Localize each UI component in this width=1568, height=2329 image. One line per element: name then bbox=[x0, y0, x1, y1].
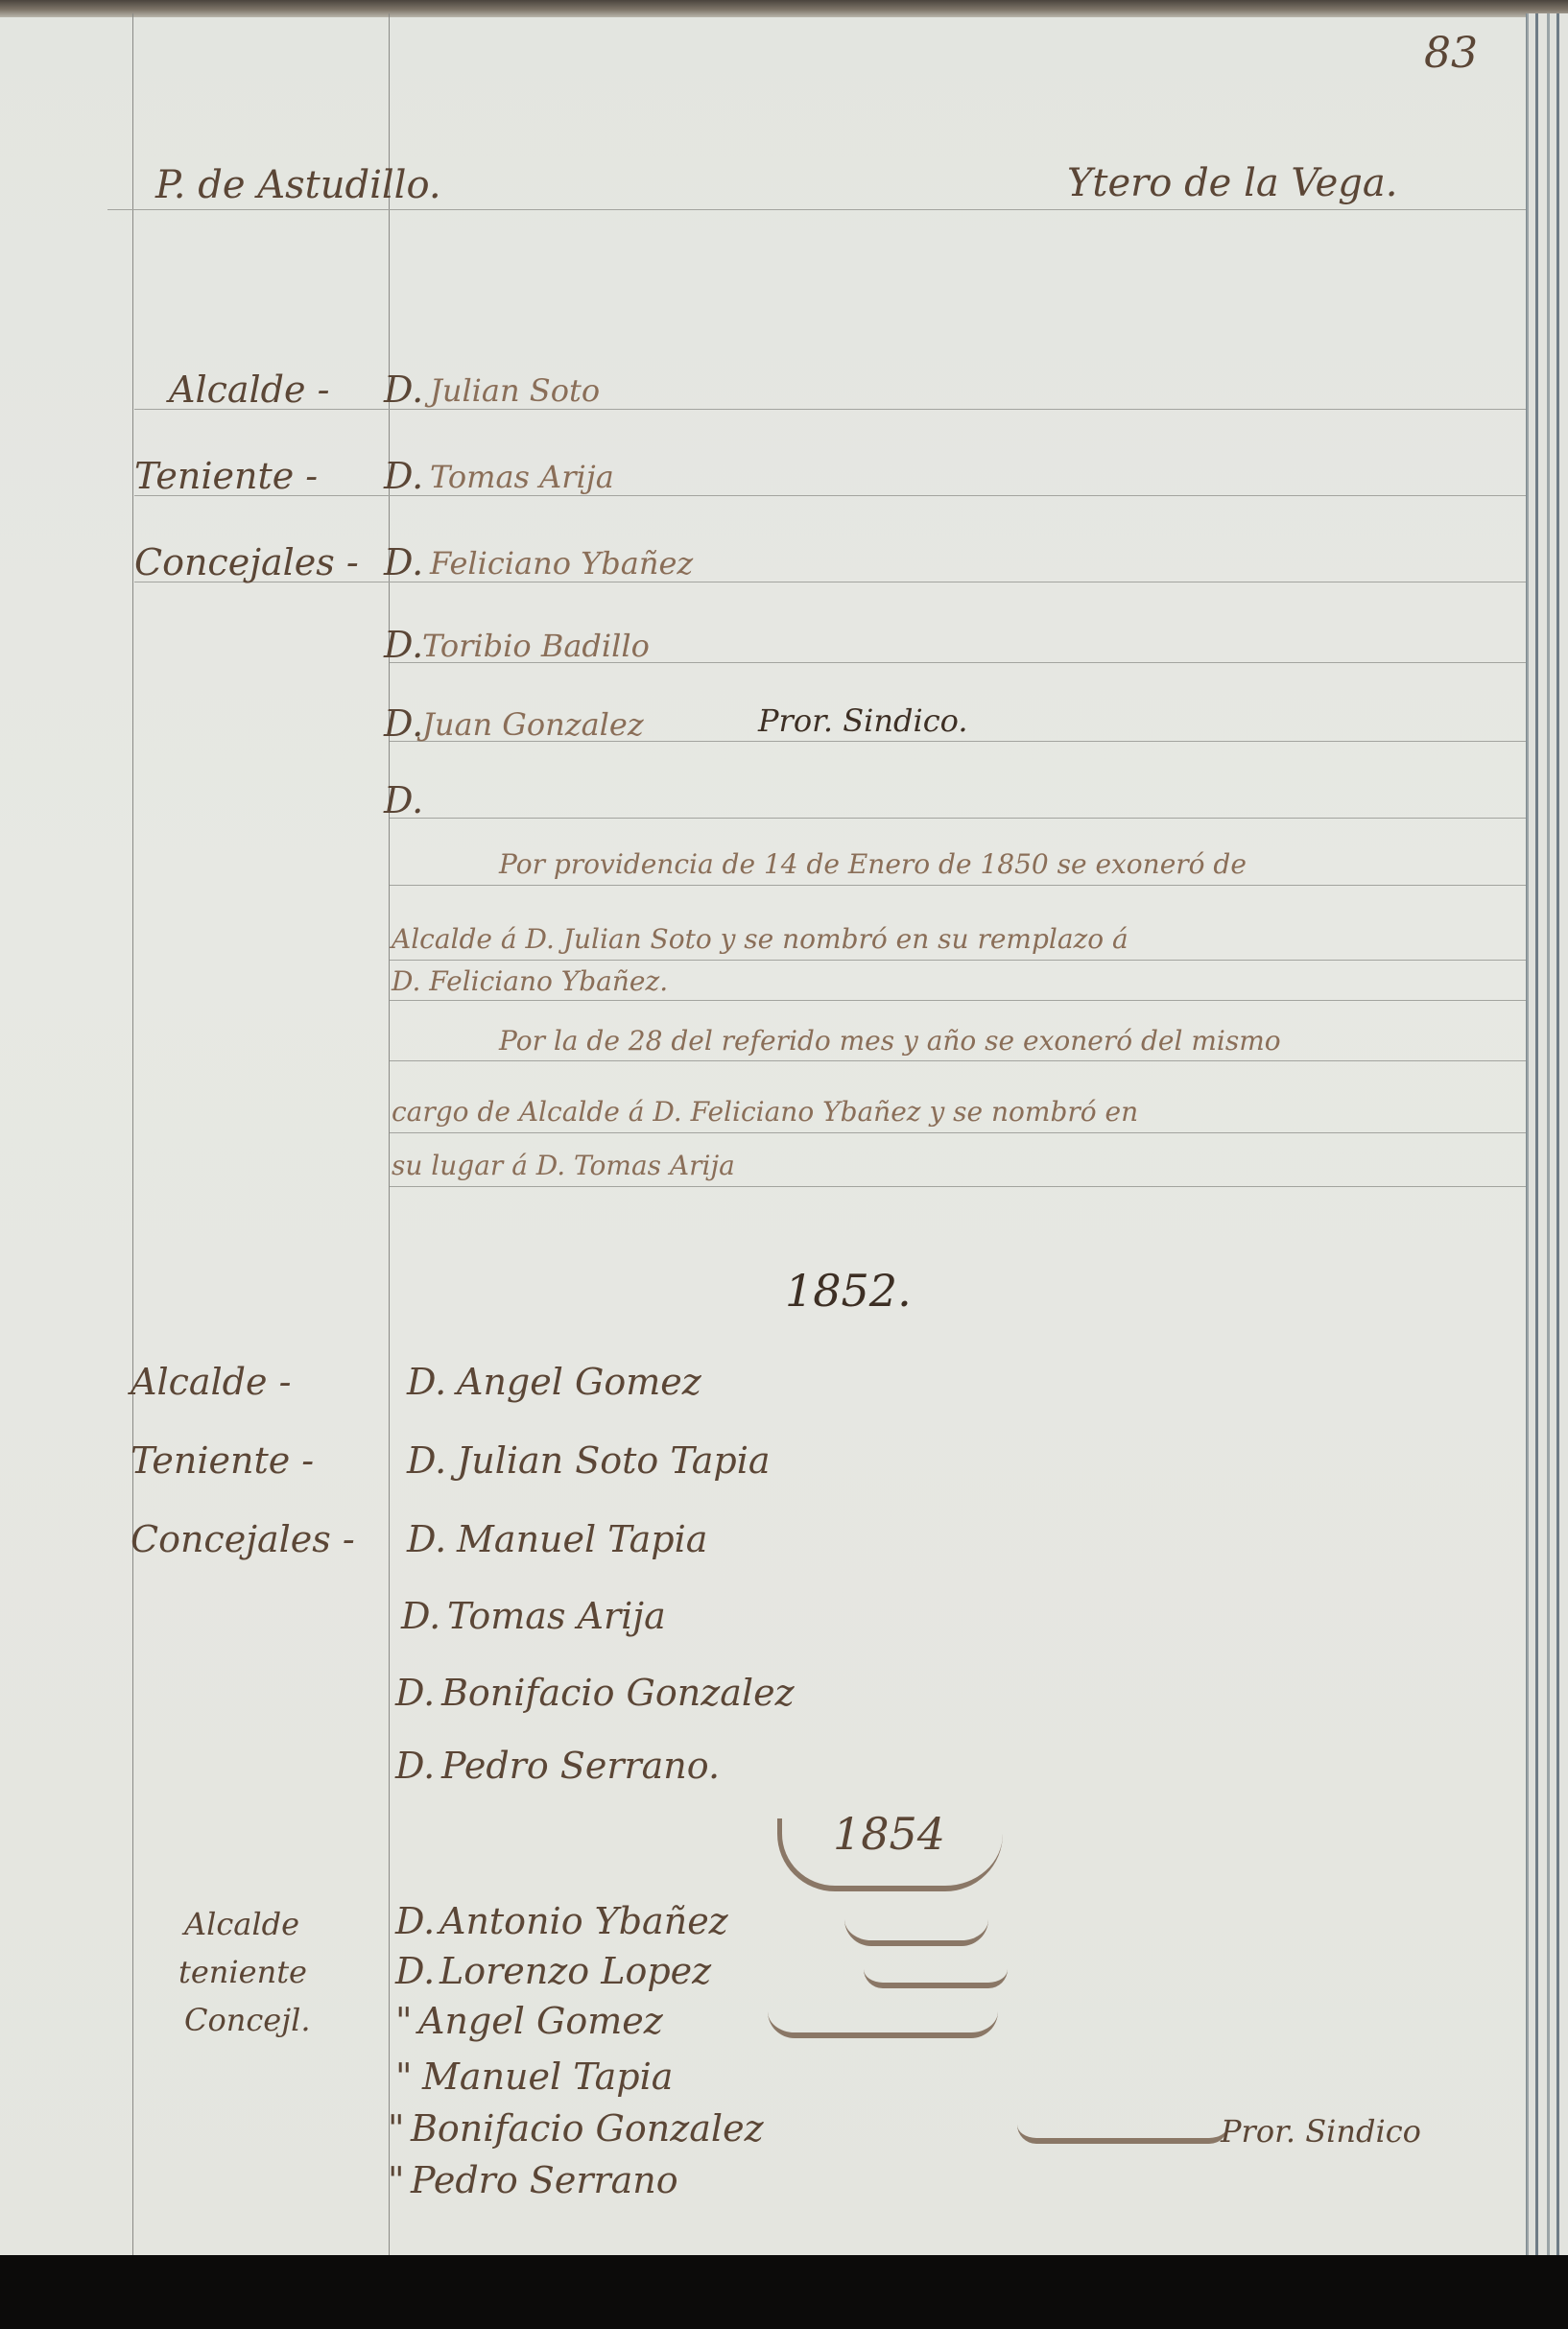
ruled-line bbox=[390, 1060, 1526, 1061]
name-prefix: D. bbox=[395, 1900, 435, 1942]
name-prefix: " bbox=[395, 2000, 412, 2042]
name-prefix: " bbox=[388, 2107, 404, 2150]
name-prefix: D. bbox=[384, 368, 423, 411]
name-prefix: D. bbox=[384, 624, 423, 666]
left-margin-rule bbox=[132, 13, 133, 2259]
name-prefix: D. bbox=[407, 1518, 446, 1560]
person-name: Julian Soto Tapia bbox=[457, 1439, 771, 1482]
role-label: Teniente - bbox=[134, 455, 318, 497]
role-label: Concejl. bbox=[184, 2002, 311, 2038]
name-flourish bbox=[1017, 2125, 1228, 2144]
ruled-line bbox=[390, 1186, 1526, 1187]
person-name: Tomas Arija bbox=[430, 459, 614, 495]
person-name: Julian Soto bbox=[430, 372, 600, 409]
name-prefix: D. bbox=[395, 1672, 435, 1714]
name-prefix: D. bbox=[395, 1745, 435, 1787]
name-prefix: " bbox=[388, 2159, 404, 2201]
note-paragraph-line: cargo de Alcalde á D. Feliciano Ybañez y… bbox=[392, 1096, 1138, 1128]
person-name: Juan Gonzalez bbox=[422, 706, 644, 743]
note-paragraph-line: Por la de 28 del referido mes y año se e… bbox=[499, 1025, 1281, 1057]
header-rule bbox=[107, 209, 1526, 210]
person-name: Bonifacio Gonzalez bbox=[411, 2107, 764, 2150]
name-prefix: D. bbox=[384, 779, 423, 821]
role-label: Concejales - bbox=[131, 1518, 355, 1560]
sindico-note: Pror. Sindico. bbox=[758, 702, 968, 739]
note-paragraph-line: su lugar á D. Tomas Arija bbox=[392, 1150, 735, 1181]
ruled-line bbox=[390, 1132, 1526, 1133]
role-label: Alcalde - bbox=[131, 1361, 291, 1403]
name-flourish bbox=[768, 2011, 998, 2038]
person-name: Feliciano Ybañez bbox=[430, 545, 693, 582]
ruled-line bbox=[134, 409, 1526, 410]
person-name: Lorenzo Lopez bbox=[440, 1950, 711, 1992]
person-name: Bonifacio Gonzalez bbox=[441, 1672, 795, 1714]
bound-pages-edge bbox=[1526, 13, 1568, 2259]
name-flourish bbox=[864, 1969, 1008, 1988]
name-prefix: " bbox=[395, 2056, 412, 2098]
ruled-line bbox=[134, 495, 1526, 496]
note-paragraph-line: Por providencia de 14 de Enero de 1850 s… bbox=[499, 848, 1247, 880]
role-label: Alcalde bbox=[184, 1906, 299, 1942]
note-paragraph-line: D. Feliciano Ybañez. bbox=[392, 965, 668, 997]
sindico-note: Pror. Sindico bbox=[1221, 2113, 1421, 2150]
person-name: Angel Gomez bbox=[457, 1361, 701, 1403]
year-heading: 1854 bbox=[833, 1808, 945, 1860]
role-label: Alcalde - bbox=[169, 368, 329, 411]
person-name: Pedro Serrano. bbox=[441, 1745, 720, 1787]
page-bottom-shadow bbox=[0, 2255, 1568, 2329]
name-prefix: D. bbox=[407, 1439, 446, 1482]
ruled-line bbox=[390, 960, 1526, 961]
name-prefix: D. bbox=[395, 1950, 435, 1992]
name-prefix: D. bbox=[384, 702, 423, 745]
role-label: Teniente - bbox=[131, 1439, 314, 1482]
name-prefix: D. bbox=[384, 455, 423, 497]
right-edge-rule bbox=[1526, 13, 1527, 2259]
role-label: teniente bbox=[178, 1954, 307, 1990]
note-paragraph-line: Alcalde á D. Julian Soto y se nombró en … bbox=[392, 923, 1128, 955]
person-name: Toribio Badillo bbox=[422, 628, 650, 664]
person-name: Angel Gomez bbox=[418, 2000, 663, 2042]
name-prefix: D. bbox=[407, 1361, 446, 1403]
person-name: Manuel Tapia bbox=[457, 1518, 707, 1560]
person-name: Pedro Serrano bbox=[411, 2159, 678, 2201]
name-prefix: D. bbox=[384, 541, 423, 583]
ruled-line bbox=[390, 1000, 1526, 1001]
name-prefix: D. bbox=[401, 1595, 440, 1637]
year-heading: 1852. bbox=[785, 1265, 912, 1317]
name-flourish bbox=[844, 1919, 988, 1946]
person-name: Tomas Arija bbox=[447, 1595, 666, 1637]
header-left-parish: P. de Astudillo. bbox=[155, 163, 441, 207]
label-column-rule bbox=[389, 13, 390, 2259]
page-top-edge bbox=[0, 0, 1568, 17]
page-number: 83 bbox=[1424, 29, 1478, 78]
role-label: Concejales - bbox=[134, 541, 359, 583]
person-name: Manuel Tapia bbox=[422, 2056, 673, 2098]
header-right-town: Ytero de la Vega. bbox=[1067, 161, 1397, 205]
person-name: Antonio Ybañez bbox=[440, 1900, 728, 1942]
ruled-line bbox=[390, 818, 1526, 819]
ruled-line bbox=[390, 885, 1526, 886]
